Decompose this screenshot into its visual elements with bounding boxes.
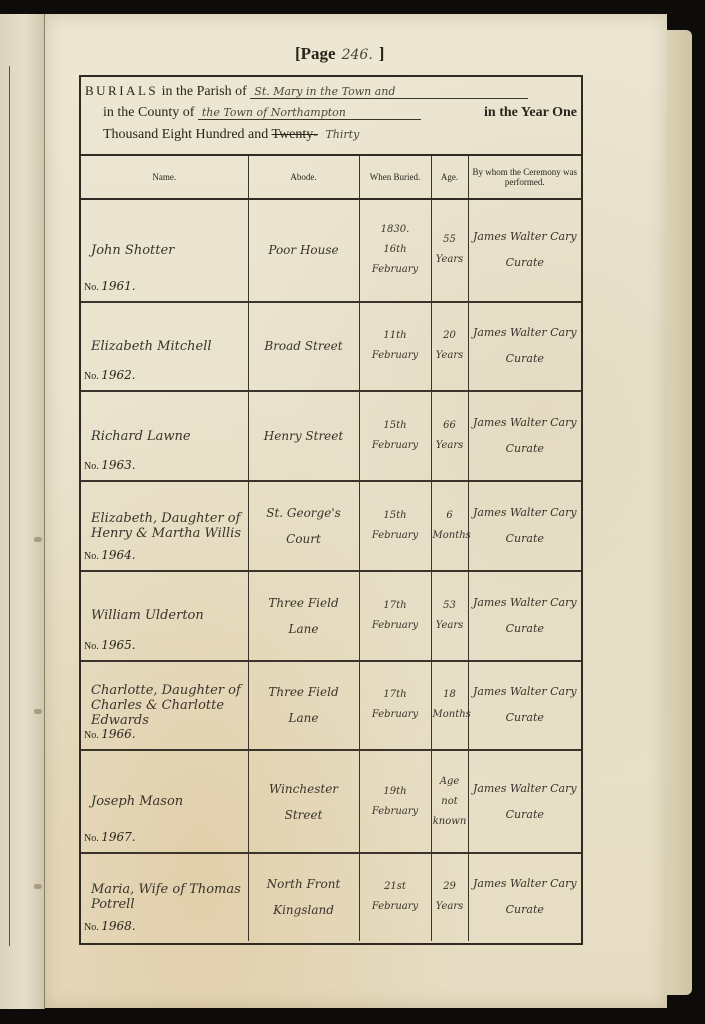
table-row: William Ulderton No. 1965. Three FieldLa… — [81, 571, 581, 661]
abode-line: Kingsland — [250, 897, 358, 923]
age-unit: known — [433, 812, 467, 832]
year-line: Thousand Eight Hundred and — [103, 127, 268, 142]
burial-month: February — [361, 346, 430, 366]
age-unit: Months — [433, 526, 467, 546]
entry-number: No. 1967. — [84, 830, 136, 844]
officiant-name: James Walter Cary — [470, 776, 581, 802]
abode-cell: Henry Street — [248, 391, 359, 481]
burial-day: 15th — [361, 416, 430, 436]
name-cell: Maria, Wife of Thomas Potrell No. 1968. — [81, 853, 248, 941]
name-cell: William Ulderton No. 1965. — [81, 571, 248, 661]
entry-number: No. 1961. — [84, 279, 136, 293]
register-heading: BURIALS in the Parish of St. Mary in the… — [81, 77, 581, 156]
age-unit: Years — [433, 346, 467, 366]
age-unit: Years — [433, 436, 467, 456]
age-cell: 53Years — [431, 571, 468, 661]
burial-month: February — [361, 436, 430, 456]
abode-line: Lane — [250, 616, 358, 642]
age-value: 55 — [433, 230, 467, 250]
age-value: 20 — [433, 326, 467, 346]
officiant-cell: James Walter CaryCurate — [468, 481, 581, 571]
binding-stitch — [34, 709, 42, 714]
table-row: Richard Lawne No. 1963. Henry Street 15t… — [81, 391, 581, 481]
page-number-value: 246. — [342, 47, 373, 63]
officiant-role: Curate — [470, 250, 581, 276]
deceased-name: Maria, Wife of Thomas Potrell — [91, 882, 241, 912]
county-field: the Town of Northampton — [198, 106, 421, 120]
abode-line: North Front — [250, 871, 358, 897]
burial-month: February — [361, 705, 430, 725]
abode-line: Three Field — [250, 590, 358, 616]
abode-cell: Three FieldLane — [248, 661, 359, 751]
age-unit: Months — [433, 705, 467, 725]
abode-line: Henry Street — [250, 423, 358, 449]
officiant-cell: James Walter CaryCurate — [468, 302, 581, 392]
officiant-cell: James Walter CaryCurate — [468, 750, 581, 853]
name-cell: Elizabeth, Daughter of Henry & Martha Wi… — [81, 481, 248, 571]
abode-cell: Poor House — [248, 199, 359, 302]
age-cell: 20Years — [431, 302, 468, 392]
officiant-name: James Walter Cary — [470, 410, 581, 436]
column-header-when-buried: When Buried. — [359, 156, 431, 199]
age-cell: 55Years — [431, 199, 468, 302]
header-row: Name. Abode. When Buried. Age. By whom t… — [81, 156, 581, 199]
entries-table: Name. Abode. When Buried. Age. By whom t… — [81, 156, 581, 941]
abode-line: Street — [250, 802, 358, 828]
officiant-role: Curate — [470, 526, 581, 552]
year-struck-text: Twenty- — [272, 127, 318, 142]
table-row: Elizabeth, Daughter of Henry & Martha Wi… — [81, 481, 581, 571]
table-row: Elizabeth Mitchell No. 1962. Broad Stree… — [81, 302, 581, 392]
entry-number: No. 1968. — [84, 919, 136, 933]
name-cell: Joseph Mason No. 1967. — [81, 750, 248, 853]
age-cell: 6Months — [431, 481, 468, 571]
deceased-name: John Shotter — [91, 243, 174, 258]
when-buried-cell: 11thFebruary — [359, 302, 431, 392]
abode-line: Broad Street — [250, 333, 358, 359]
burial-day: 17th — [361, 685, 430, 705]
burial-day: 17th — [361, 596, 430, 616]
binding-stitch — [34, 884, 42, 889]
officiant-name: James Walter Cary — [470, 871, 581, 897]
parish-field: St. Mary in the Town and — [250, 85, 528, 99]
when-buried-cell: 15thFebruary — [359, 391, 431, 481]
age-value: 18 — [433, 685, 467, 705]
abode-cell: Three FieldLane — [248, 571, 359, 661]
deceased-name: Elizabeth Mitchell — [91, 339, 212, 354]
abode-line: Court — [250, 526, 358, 552]
officiant-cell: James Walter CaryCurate — [468, 853, 581, 941]
register-page: [Page246.] BURIALS in the Parish of St. … — [45, 14, 667, 1008]
burial-register-table: BURIALS in the Parish of St. Mary in the… — [79, 75, 583, 945]
burial-month: February — [361, 897, 430, 917]
burial-month: February — [361, 616, 430, 636]
name-cell: Richard Lawne No. 1963. — [81, 391, 248, 481]
age-value: 66 — [433, 416, 467, 436]
officiant-role: Curate — [470, 436, 581, 462]
page-label: Page — [301, 44, 336, 63]
officiant-role: Curate — [470, 346, 581, 372]
burial-day: 11th — [361, 326, 430, 346]
deceased-name: Joseph Mason — [91, 794, 183, 809]
when-buried-cell: 15thFebruary — [359, 481, 431, 571]
name-cell: John Shotter No. 1961. — [81, 199, 248, 302]
age-value: 29 — [433, 877, 467, 897]
age-unit: Years — [433, 897, 467, 917]
column-header-name: Name. — [81, 156, 248, 199]
officiant-cell: James Walter CaryCurate — [468, 571, 581, 661]
name-cell: Charlotte, Daughter of Charles & Charlot… — [81, 661, 248, 751]
burial-month: February — [361, 802, 430, 822]
table-row: Joseph Mason No. 1967. WinchesterStreet … — [81, 750, 581, 853]
officiant-role: Curate — [470, 705, 581, 731]
parish-prefix: in the Parish of — [162, 84, 247, 99]
binding-stitch — [34, 537, 42, 542]
officiant-cell: James Walter CaryCurate — [468, 199, 581, 302]
entry-number: No. 1962. — [84, 368, 136, 382]
year-prefix: in the Year One — [484, 105, 577, 121]
county-prefix: in the County of — [103, 105, 194, 120]
burial-month: February — [361, 526, 430, 546]
abode-cell: St. George'sCourt — [248, 481, 359, 571]
deceased-name: Charlotte, Daughter of Charles & Charlot… — [91, 683, 241, 728]
abode-line: Three Field — [250, 679, 358, 705]
column-header-age: Age. — [431, 156, 468, 199]
table-row: Charlotte, Daughter of Charles & Charlot… — [81, 661, 581, 751]
deceased-name: William Ulderton — [91, 608, 204, 623]
age-cell: Age notknown — [431, 750, 468, 853]
register-title: BURIALS — [85, 83, 158, 98]
table-row: Maria, Wife of Thomas Potrell No. 1968. … — [81, 853, 581, 941]
age-value: 53 — [433, 596, 467, 616]
age-cell: 18Months — [431, 661, 468, 751]
abode-line: St. George's — [250, 500, 358, 526]
age-unit: Years — [433, 616, 467, 636]
age-unit: Years — [433, 250, 467, 270]
abode-cell: North FrontKingsland — [248, 853, 359, 941]
entry-number: No. 1966. — [84, 727, 136, 741]
officiant-cell: James Walter CaryCurate — [468, 391, 581, 481]
officiant-name: James Walter Cary — [470, 590, 581, 616]
facing-page-edge — [0, 14, 45, 1009]
burial-day: 21st — [361, 877, 430, 897]
table-row: John Shotter No. 1961. Poor House 1830.1… — [81, 199, 581, 302]
age-value: 6 — [433, 506, 467, 526]
officiant-role: Curate — [470, 616, 581, 642]
entry-number: No. 1965. — [84, 638, 136, 652]
age-cell: 29Years — [431, 853, 468, 941]
abode-cell: Broad Street — [248, 302, 359, 392]
page-number: [Page246.] — [295, 44, 384, 64]
burial-day: 16th — [361, 240, 430, 260]
officiant-name: James Walter Cary — [470, 224, 581, 250]
officiant-name: James Walter Cary — [470, 679, 581, 705]
burial-year: 1830. — [361, 220, 430, 240]
officiant-cell: James Walter CaryCurate — [468, 661, 581, 751]
burial-day: 19th — [361, 782, 430, 802]
when-buried-cell: 1830.16thFebruary — [359, 199, 431, 302]
abode-cell: WinchesterStreet — [248, 750, 359, 853]
age-value: Age not — [433, 772, 467, 812]
officiant-name: James Walter Cary — [470, 500, 581, 526]
when-buried-cell: 19thFebruary — [359, 750, 431, 853]
age-cell: 66Years — [431, 391, 468, 481]
abode-line: Lane — [250, 705, 358, 731]
when-buried-cell: 17thFebruary — [359, 571, 431, 661]
deceased-name: Elizabeth, Daughter of Henry & Martha Wi… — [91, 511, 241, 541]
burial-month: February — [361, 260, 430, 280]
officiant-role: Curate — [470, 897, 581, 923]
abode-line: Poor House — [250, 237, 358, 263]
officiant-role: Curate — [470, 802, 581, 828]
entry-number: No. 1964. — [84, 548, 136, 562]
deceased-name: Richard Lawne — [91, 429, 191, 444]
facing-page-rule — [9, 66, 10, 946]
when-buried-cell: 17thFebruary — [359, 661, 431, 751]
officiant-name: James Walter Cary — [470, 320, 581, 346]
abode-line: Winchester — [250, 776, 358, 802]
name-cell: Elizabeth Mitchell No. 1962. — [81, 302, 248, 392]
column-header-abode: Abode. — [248, 156, 359, 199]
when-buried-cell: 21stFebruary — [359, 853, 431, 941]
year-written: Thirty — [321, 128, 369, 141]
entry-number: No. 1963. — [84, 458, 136, 472]
column-header-officiant: By whom the Ceremony was performed. — [468, 156, 581, 199]
burial-day: 15th — [361, 506, 430, 526]
